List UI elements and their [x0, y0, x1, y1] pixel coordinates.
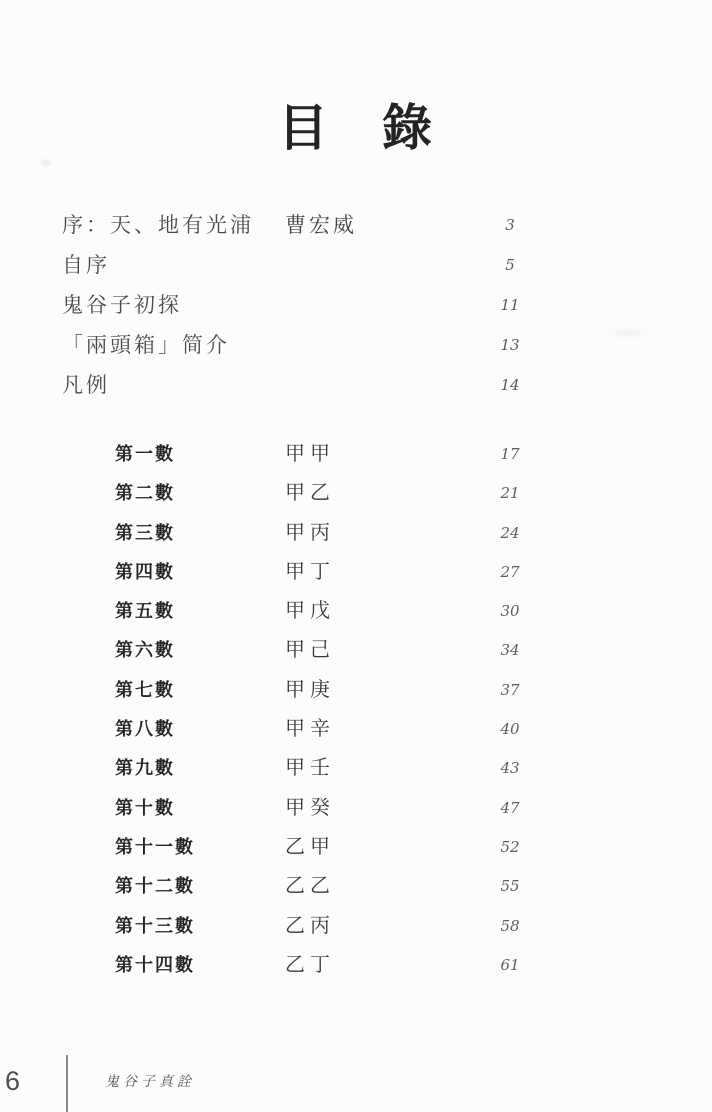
- chapter-entry: 第五數 甲戊 30: [115, 592, 595, 631]
- toc-entry-label: 鬼谷子初探: [62, 293, 182, 317]
- chapter-page: 37: [490, 671, 530, 710]
- front-matter-section: 序：天、地有光浦 曹宏威 3 自序 5 鬼谷子初探 11 「兩頭箱」简介 13 …: [62, 205, 552, 405]
- chapter-page: 30: [490, 592, 530, 631]
- toc-entry: 序：天、地有光浦 曹宏威 3: [62, 205, 552, 245]
- toc-entry-page: 13: [490, 325, 530, 365]
- chapter-page: 43: [490, 749, 530, 788]
- chapter-page: 24: [490, 514, 530, 553]
- chapter-entry: 第十一數 乙甲 52: [115, 828, 595, 867]
- chapter-number-label: 第八數: [115, 719, 175, 739]
- chapter-number-label: 第七數: [115, 680, 175, 700]
- chapter-entry: 第十數 甲癸 47: [115, 789, 595, 828]
- chapter-number-label: 第一數: [115, 444, 175, 464]
- chapter-stems: 甲壬: [285, 749, 335, 788]
- chapter-page: 61: [490, 946, 530, 985]
- chapter-number-label: 第十四數: [115, 955, 195, 975]
- toc-entry: 鬼谷子初探 11: [62, 285, 552, 325]
- chapter-stems: 乙丙: [285, 907, 335, 946]
- chapter-entry: 第八數 甲辛 40: [115, 710, 595, 749]
- chapter-stems: 甲丙: [285, 514, 335, 553]
- chapter-entry: 第四數 甲丁 27: [115, 553, 595, 592]
- scan-smudge: [598, 326, 658, 340]
- chapter-entry: 第二數 甲乙 21: [115, 474, 595, 513]
- chapter-number-label: 第四數: [115, 562, 175, 582]
- chapter-number-label: 第十一數: [115, 837, 195, 857]
- chapter-stems: 甲乙: [285, 474, 335, 513]
- chapter-stems: 甲己: [285, 631, 335, 670]
- toc-entry-label: 凡例: [62, 373, 110, 397]
- chapter-entry: 第一數 甲甲 17: [115, 435, 595, 474]
- chapter-number-label: 第十二數: [115, 876, 195, 896]
- chapter-page: 17: [490, 435, 530, 474]
- chapter-number-label: 第九數: [115, 758, 175, 778]
- chapter-stems: 甲癸: [285, 789, 335, 828]
- chapter-stems: 乙甲: [285, 828, 335, 867]
- chapter-stems: 甲丁: [285, 553, 335, 592]
- chapter-entry: 第十二數 乙乙 55: [115, 867, 595, 906]
- toc-entry-label: 序：天、地有光浦: [62, 213, 254, 237]
- chapter-list-section: 第一數 甲甲 17 第二數 甲乙 21 第三數 甲丙 24 第四數 甲丁 27 …: [115, 435, 595, 985]
- chapter-stems: 乙丁: [285, 946, 335, 985]
- page-title: 目 錄: [0, 88, 712, 160]
- chapter-page: 58: [490, 907, 530, 946]
- toc-entry-author: 曹宏威: [285, 205, 357, 245]
- chapter-stems: 甲辛: [285, 710, 335, 749]
- toc-entry-page: 14: [490, 365, 530, 405]
- chapter-page: 47: [490, 789, 530, 828]
- toc-entry-page: 11: [490, 285, 530, 325]
- chapter-page: 40: [490, 710, 530, 749]
- scanned-book-page: 目 錄 序：天、地有光浦 曹宏威 3 自序 5 鬼谷子初探 11 「兩頭箱」简介…: [0, 0, 712, 1112]
- chapter-entry: 第七數 甲庚 37: [115, 671, 595, 710]
- chapter-stems: 乙乙: [285, 867, 335, 906]
- chapter-page: 55: [490, 867, 530, 906]
- toc-entry-label: 「兩頭箱」简介: [62, 333, 230, 357]
- chapter-number-label: 第十數: [115, 798, 175, 818]
- chapter-number-label: 第五數: [115, 601, 175, 621]
- folio-page-number: 6: [5, 1066, 20, 1097]
- chapter-entry: 第十三數 乙丙 58: [115, 907, 595, 946]
- chapter-entry: 第十四數 乙丁 61: [115, 946, 595, 985]
- chapter-stems: 甲甲: [285, 435, 335, 474]
- toc-entry: 凡例 14: [62, 365, 552, 405]
- chapter-entry: 第九數 甲壬 43: [115, 749, 595, 788]
- toc-entry: 「兩頭箱」简介 13: [62, 325, 552, 365]
- toc-entry-label: 自序: [62, 253, 110, 277]
- chapter-number-label: 第二數: [115, 483, 175, 503]
- footer-divider-rule: [66, 1055, 68, 1112]
- chapter-page: 27: [490, 553, 530, 592]
- chapter-entry: 第三數 甲丙 24: [115, 514, 595, 553]
- chapter-page: 52: [490, 828, 530, 867]
- chapter-page: 34: [490, 631, 530, 670]
- toc-entry: 自序 5: [62, 245, 552, 285]
- chapter-stems: 甲戊: [285, 592, 335, 631]
- chapter-number-label: 第三數: [115, 523, 175, 543]
- chapter-page: 21: [490, 474, 530, 513]
- chapter-number-label: 第十三數: [115, 916, 195, 936]
- chapter-entry: 第六數 甲己 34: [115, 631, 595, 670]
- chapter-stems: 甲庚: [285, 671, 335, 710]
- chapter-number-label: 第六數: [115, 640, 175, 660]
- running-book-title: 鬼谷子真詮: [105, 1071, 195, 1091]
- toc-entry-page: 3: [490, 205, 530, 245]
- toc-entry-page: 5: [490, 245, 530, 285]
